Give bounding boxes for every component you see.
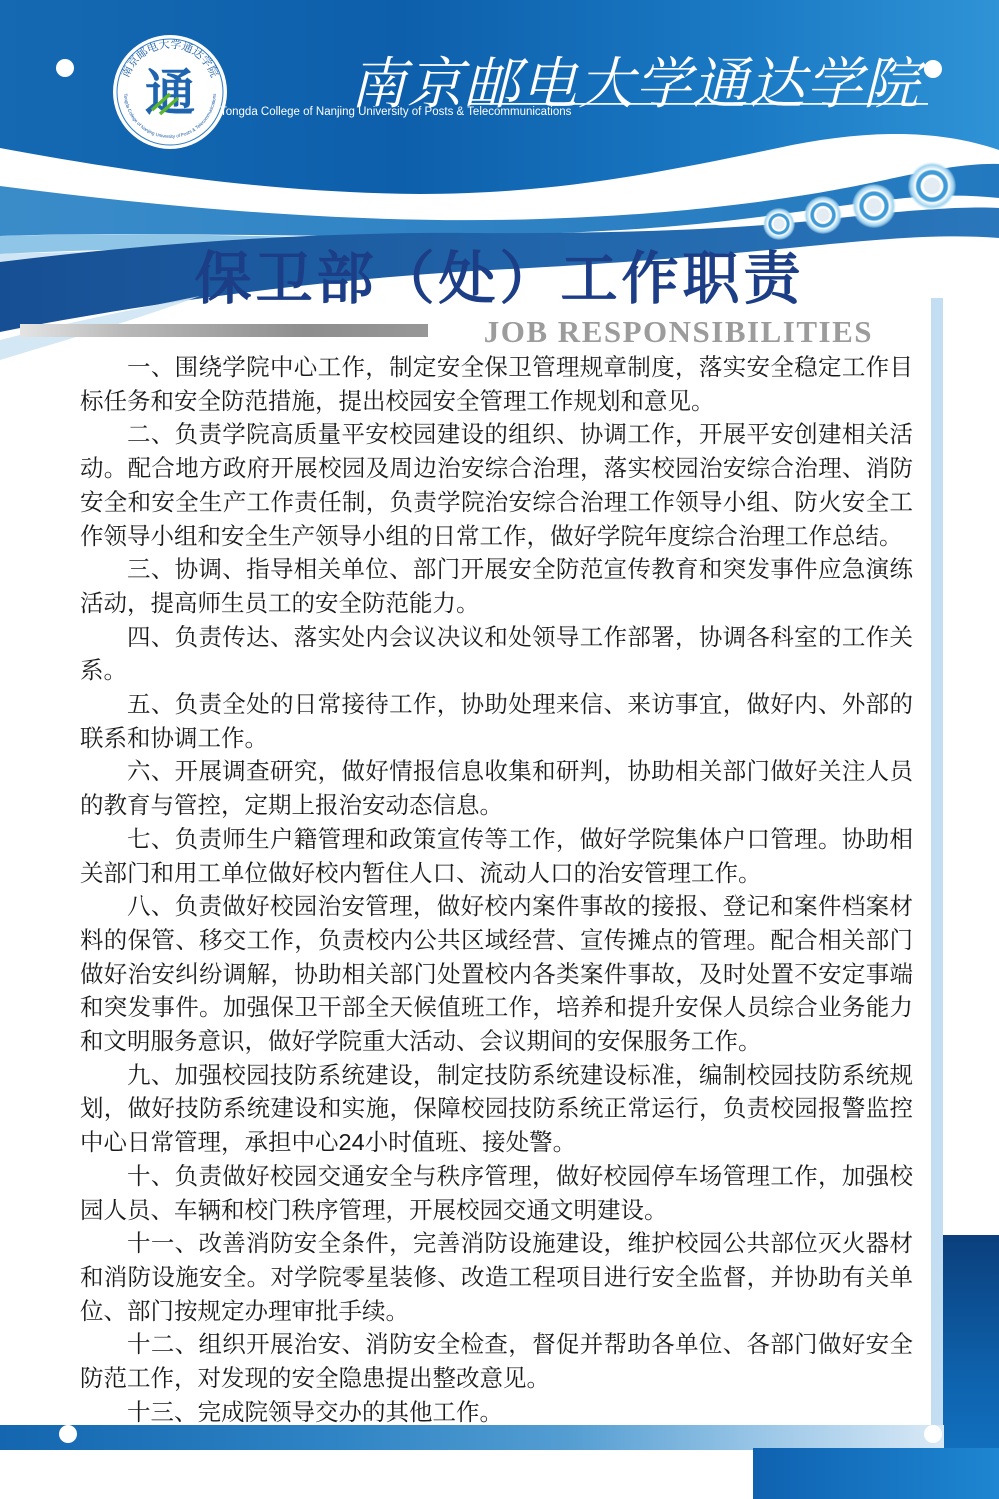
responsibility-item: 十二、组织开展治安、消防安全检查，督促并帮助各单位、各部门做好安全防范工作，对发… <box>80 1328 913 1395</box>
responsibility-item: 一、围绕学院中心工作，制定安全保卫管理规章制度，落实安全稳定工作目标任务和安全防… <box>80 351 913 418</box>
poster-page: 南京邮电大学通达学院 Tongda College of Nanjing Uni… <box>0 0 999 1499</box>
pin-hole-dot <box>56 59 74 77</box>
responsibility-item: 十、负责做好校园交通安全与秩序管理，做好校园停车场管理工作，加强校园人员、车辆和… <box>80 1160 913 1227</box>
footer-corner-rect <box>753 1448 999 1499</box>
responsibility-item: 六、开展调查研究，做好情报信息收集和研判，协助相关部门做好关注人员的教育与管控，… <box>80 755 913 822</box>
responsibilities-list: 一、围绕学院中心工作，制定安全保卫管理规章制度，落实安全稳定工作目标任务和安全防… <box>80 351 913 1430</box>
right-edge-strip <box>931 298 943 1425</box>
page-subtitle-en: JOB RESPONSIBILITIES <box>430 314 873 350</box>
target-circle-decoration <box>763 208 795 240</box>
responsibility-item: 三、协调、指导相关单位、部门开展安全防范宣传教育和突发事件应急演练活动，提高师生… <box>80 553 913 620</box>
pin-hole-dot <box>59 1425 77 1443</box>
pin-hole-dot <box>924 1425 942 1443</box>
responsibility-item: 八、负责做好校园治安管理，做好校内案件事故的接报、登记和案件档案材料的保管、移交… <box>80 890 913 1059</box>
page-title: 保卫部（处）工作职责 <box>0 250 999 310</box>
responsibility-item: 四、负责传达、落实处内会议决议和处领导工作部署，协调各科室的工作关系。 <box>80 621 913 688</box>
bottom-gradient-bar <box>0 1425 944 1450</box>
target-circle-decoration <box>852 184 896 228</box>
subtitle-divider-bar <box>20 324 428 337</box>
target-circle-decoration <box>804 196 842 234</box>
responsibility-item: 七、负责师生户籍管理和政策宣传等工作，做好学院集体户口管理。协助相关部门和用工单… <box>80 823 913 890</box>
responsibility-item: 十一、改善消防安全条件，完善消防设施建设，维护校园公共部位灭火器材和消防设施安全… <box>80 1227 913 1328</box>
header-rule <box>468 103 928 105</box>
college-name-en: Tongda College of Nanjing University of … <box>220 106 572 118</box>
target-circle-decoration <box>908 162 956 210</box>
responsibility-item: 九、加强校园技防系统建设，制定技防系统建设标准，编制校园技防系统规划，做好技防系… <box>80 1059 913 1160</box>
college-logo: 南京邮电大学通达学院 Tongda College of Nanjing Uni… <box>113 35 227 149</box>
responsibility-item: 五、负责全处的日常接待工作，协助处理来信、来访事宜，做好内、外部的联系和协调工作… <box>80 688 913 755</box>
logo-glyph: 通 <box>145 65 195 121</box>
responsibility-item: 二、负责学院高质量平安校园建设的组织、协调工作，开展平安创建相关活动。配合地方政… <box>80 418 913 553</box>
pin-hole-dot <box>924 60 942 78</box>
